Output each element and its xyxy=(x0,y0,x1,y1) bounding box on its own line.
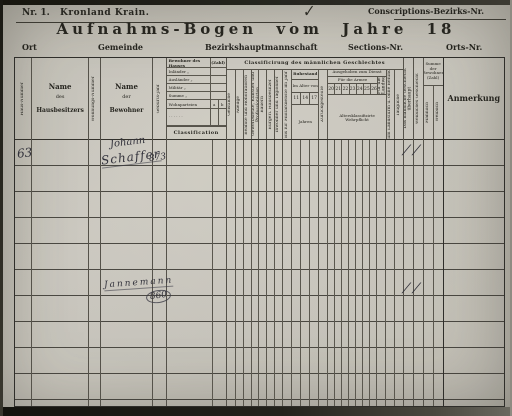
class-col-deferred: Zurückgestellte xyxy=(321,86,326,122)
class-col-clergy: Geistliche xyxy=(228,93,233,116)
legend-title: Bewohner des Hauses xyxy=(167,58,210,68)
legend-dotted: · · · · · · xyxy=(167,114,210,119)
dwelling-number-cells xyxy=(89,140,100,406)
column-house-number: Haus-Nummer xyxy=(15,58,31,406)
retirement-years: 11 14 17 xyxy=(292,93,318,105)
legend-mid-label: Wohnparteien xyxy=(167,102,210,107)
legend-row: Militär „ xyxy=(167,84,226,92)
male-classification-body xyxy=(227,140,403,406)
owner-header-line1: Name xyxy=(49,82,72,91)
rubric-drafted: Ausgehoben zum Dienst xyxy=(328,70,386,77)
fit-label: Taugliche xyxy=(397,94,402,116)
rubric-lower: Ausgehoben zum Dienst Für die Armee 20 2… xyxy=(328,70,403,139)
column-male-total: Das männliche Geschlecht überhaupt xyxy=(403,58,413,406)
army-year-cell: 22 xyxy=(341,84,348,94)
legend-unit: (Zahl) xyxy=(210,58,226,67)
sum-female-header: Weiblich xyxy=(436,102,441,122)
body-cell-col xyxy=(327,140,334,406)
legend-row-label: Militär „ xyxy=(167,85,210,90)
gemeinde-field-label: Gemeinde xyxy=(98,42,143,52)
sum-group-title: Summe der Bewohner (Zahl) xyxy=(424,58,443,86)
legend-cell-b xyxy=(218,109,226,125)
female-total-cells xyxy=(414,140,423,406)
legend-col-b: b xyxy=(218,100,226,108)
army-block: Für die Armee 20 21 22 23 24 25 26 xyxy=(328,77,377,95)
body-cell-col xyxy=(282,140,291,406)
male-total-cells xyxy=(404,140,413,406)
landwehr-label: Für die Landwehr xyxy=(378,77,386,94)
body-cell-col xyxy=(258,140,266,406)
legend-row-label: Summe „ xyxy=(167,93,210,98)
male-classification-section: Classificirung des männlichen Geschlecht… xyxy=(226,58,403,406)
sum-male-column: Männlich xyxy=(424,86,433,139)
male-total-header: Das männliche Geschlecht überhaupt xyxy=(404,58,413,139)
class-col-laborers: Inwohner und Taglöhner xyxy=(276,76,281,132)
legend-cell-a xyxy=(210,109,218,125)
page-title: Aufnahms-Bogen vom Jahre 18 xyxy=(0,20,512,38)
landsturm-column: Zum Landsturm u. ohne Befund xyxy=(386,70,394,139)
dwelling-number-header: Wohnungs-Nummer xyxy=(92,76,97,122)
age-class-band: Altersklassifizirte Wehrpflicht xyxy=(328,95,386,139)
ort-field-label: Ort xyxy=(22,42,37,52)
owner-header-line3: Hausbesitzers xyxy=(36,107,84,114)
resident-header-line3: Bewohner xyxy=(110,107,144,114)
legend-row-label: Inländer „ xyxy=(167,69,210,74)
legend-mid-row: Wohnparteien a b xyxy=(167,100,226,109)
legend-row-value xyxy=(210,68,226,75)
body-cell-col xyxy=(291,140,300,406)
retirement-title: Ruhestand xyxy=(292,70,318,80)
body-cell-col xyxy=(266,140,274,406)
body-cell-col xyxy=(243,140,251,406)
body-cell-col xyxy=(341,140,348,406)
column-resident-name: Name der Bewohner xyxy=(100,58,152,406)
other-rubrics-group: In keine der vorigen Rubriken gehörig, u… xyxy=(327,70,403,139)
remarks-cells xyxy=(444,140,504,406)
birth-year-header: Geburts-Jahr xyxy=(157,84,162,113)
owner-header-line2: des xyxy=(36,93,84,103)
owner-name-header: Name des Hausbesitzers xyxy=(36,80,84,116)
house-number-header: Haus-Nummer xyxy=(21,82,26,116)
army-year-cell: 21 xyxy=(334,84,341,94)
page-edge-left xyxy=(0,0,3,416)
body-cell-col xyxy=(355,140,362,406)
sections-nr-field-label: Sections-Nr. xyxy=(348,42,403,52)
legend-row-value xyxy=(210,84,226,91)
body-cell-col xyxy=(251,140,259,406)
house-number-cells xyxy=(15,140,31,406)
form-number: Nr. 1. xyxy=(22,8,50,18)
army-year-cell: 24 xyxy=(356,84,363,94)
male-classification-title: Classificirung des männlichen Geschlecht… xyxy=(227,58,403,70)
page-edge-bottom xyxy=(0,407,512,416)
fit-column: Taugliche xyxy=(394,70,402,139)
legend-body-wide-cells xyxy=(167,140,212,406)
owner-name-cells xyxy=(32,140,88,406)
resident-header-line2: der xyxy=(110,93,144,103)
bezirkshauptmannschaft-field-label: Bezirkshauptmannschaft xyxy=(205,42,318,52)
resident-header-line1: Name xyxy=(115,82,138,91)
retirement-group: Ruhestand Im Alter von 11 14 17 Jahren xyxy=(291,70,318,139)
retirement-sub: Im Alter von xyxy=(292,80,318,93)
body-cell-col xyxy=(309,140,318,406)
army-label: Für die Armee xyxy=(328,77,377,84)
retirement-year-cell: 17 xyxy=(309,93,318,104)
body-cell-col xyxy=(235,140,243,406)
class-col-tradesmen: Gewerbsleute, Künstler und Professionist… xyxy=(252,70,259,139)
orts-nr-field-label: Orts-Nr. xyxy=(446,42,482,52)
census-table: Haus-Nummer Name des Hausbesitzers Wohnu… xyxy=(14,57,505,407)
legend-body-narrow-cells xyxy=(212,140,226,406)
sum-group-body xyxy=(424,140,443,406)
legend-row-value xyxy=(210,76,226,83)
column-owner-name: Name des Hausbesitzers xyxy=(31,58,88,406)
body-cell-col xyxy=(385,140,394,406)
legend-dotted-row: · · · · · · xyxy=(167,109,226,126)
birth-year-cells xyxy=(153,140,166,406)
body-cell-col xyxy=(369,140,376,406)
retirement-year-cell: 11 xyxy=(292,93,300,104)
class-col-farmers: Bauern xyxy=(261,96,266,113)
body-cell-col xyxy=(318,140,327,406)
body-cell-col xyxy=(424,140,433,406)
female-total-header: Weibliches Geschlecht xyxy=(416,73,421,124)
page-edge-top xyxy=(0,0,512,5)
army-year-cell: 23 xyxy=(349,84,356,94)
body-cell-col xyxy=(376,140,385,406)
legend-row-value xyxy=(210,92,226,99)
legend-row: Inländer „ xyxy=(167,68,226,76)
army-year-cell: 26 xyxy=(370,84,377,94)
resident-name-cells xyxy=(101,140,152,406)
conscription-district-label: Conscriptions-Bezirks-Nr. xyxy=(368,6,484,16)
remarks-header: Anmerkung xyxy=(444,58,504,140)
army-year-cell: 25 xyxy=(363,84,370,94)
body-cell-col xyxy=(227,140,235,406)
legend-row: Ausländer „ xyxy=(167,76,226,84)
sum-female-column: Weiblich xyxy=(433,86,443,139)
sum-male-header: Männlich xyxy=(426,102,431,123)
body-cell-col xyxy=(394,140,403,406)
legend-title-row: Bewohner des Hauses (Zahl) xyxy=(167,58,226,68)
class-col-officials: Beamte und Honoratioren xyxy=(245,75,250,135)
body-cell-col xyxy=(300,140,309,406)
body-cell-col xyxy=(334,140,341,406)
class-col-houseowners: Bürgerl. Hausbesitzer xyxy=(269,79,274,129)
class-col-nobles: Adelige xyxy=(237,96,242,113)
retirement-year-cell: 14 xyxy=(300,93,309,104)
body-cell-col xyxy=(433,140,443,406)
handwritten-house-number: 63 xyxy=(16,145,33,161)
column-female-total: Weibliches Geschlecht xyxy=(413,58,423,406)
legend-col-a: a xyxy=(210,100,218,108)
class-col-exempt: Bis für Militärdienste im Jahr xyxy=(285,71,290,138)
landsturm-label: Zum Landsturm u. ohne Befund xyxy=(388,70,393,139)
scanned-census-form: Nr. 1. Kronland Krain. Conscriptions-Bez… xyxy=(0,0,512,416)
column-dwelling-number: Wohnungs-Nummer xyxy=(88,58,100,406)
rubric-service-block: Ausgehoben zum Dienst Für die Armee 20 2… xyxy=(328,70,386,139)
male-classification-headers: Geistliche Adelige Beamte und Honoratior… xyxy=(227,70,403,140)
crownland-label: Kronland Krain. xyxy=(60,8,149,18)
column-birth-year: Geburts-Jahr xyxy=(152,58,166,406)
legend-row-label: Ausländer „ xyxy=(167,77,210,82)
body-cell-col xyxy=(348,140,355,406)
sum-group: Summe der Bewohner (Zahl) Männlich Weibl… xyxy=(423,58,443,406)
army-year-cells: 20 21 22 23 24 25 26 xyxy=(328,84,377,95)
body-cell-col xyxy=(362,140,369,406)
legend-box-group: Bewohner des Hauses (Zahl) Inländer „ Au… xyxy=(166,58,226,406)
body-cell-col xyxy=(274,140,282,406)
column-remarks: Anmerkung xyxy=(443,58,504,406)
legend-row: Summe „ xyxy=(167,92,226,100)
legend-box-body xyxy=(167,140,226,406)
landwehr-column: Für die Landwehr xyxy=(377,77,386,95)
resident-name-header: Name der Bewohner xyxy=(110,80,144,116)
sum-title-line3: (Zahl) xyxy=(427,76,439,81)
classification-band-label: Classification xyxy=(167,130,226,136)
legend-bottom-band: Classification xyxy=(167,126,226,139)
retirement-foot: Jahren xyxy=(292,105,318,139)
